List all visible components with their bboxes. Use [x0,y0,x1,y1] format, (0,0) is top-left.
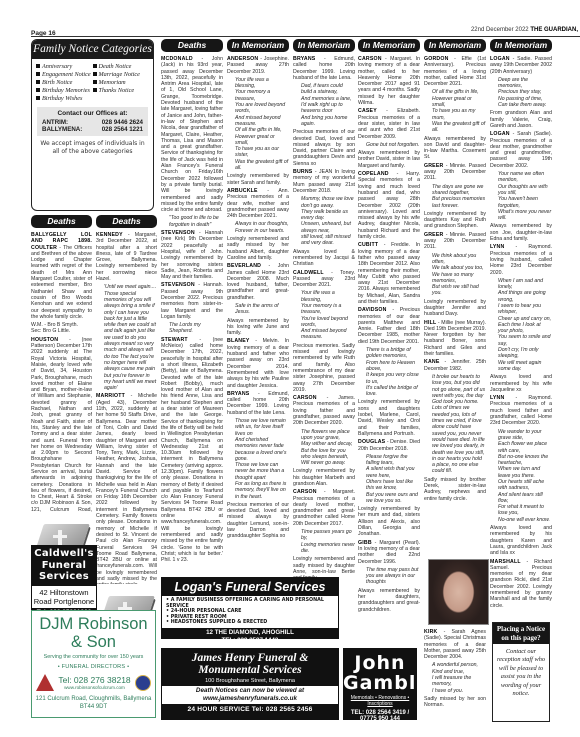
crest-logo-icon [135,675,151,691]
notice: MARRIOTT - Michelle (Aged 43), December … [96,393,157,584]
notice-remembered: Lovingly remembered and sadly missed by … [227,236,289,261]
notice: BURNS - JEAN In loving memory of my wond… [293,169,355,194]
category-birthday-memories: Birthday Memories [36,87,93,94]
family-notice-categories-box: Family Notice Categories Anniversary Dea… [31,39,154,211]
header-rule [31,36,580,37]
notice-verse: It broke our hearts to lose you, but you… [424,374,486,475]
category-memoriam: Memoriam [93,79,150,86]
notice-remembered: Lovingly remembered by daughters Kay and… [424,211,486,230]
category-birthday-wishes: Birthday Wishes [36,95,93,102]
notice-remembered: Always loved and remembered by his wife … [490,374,552,393]
notice-name: LOGAN [490,56,510,62]
notice-text: - Margaret, 3rd December 2022, at hospit… [96,232,157,282]
logan-services: • A FAMILY BUSINESS OFFERING A CARING AN… [162,596,338,628]
notice-remembered: Sadly missed by brother Derek, sister-in… [424,477,486,502]
notice: BEVERLAND - John James called Home 23rd … [227,263,289,301]
section-head-in-memoriam: In Memoriam [358,39,420,52]
john-gamble-ad: John Gamble Memorials • Renovations • In… [343,648,417,720]
notice-verse: Always in our thoughts, Forever in our h… [227,221,289,234]
notice-text: - (nee Patterson) December 17th 2022 sud… [31,337,92,512]
notice-name: STEVENSON [161,230,195,236]
categories-title: Family Notice Categories [32,40,153,59]
notice-text: - Hannah. Passed away 9th December 2022.… [161,282,223,319]
notice: DOUGLAS - Denise. Died 20th December 201… [358,439,420,452]
notice-name: CASEY [358,108,377,114]
notice: GREER - Minnie. Passed away 20th Decembe… [424,232,486,251]
djm-address: 121 Culcrum Road, Cloughmills, Ballymena… [32,695,155,711]
notice: CASEY - Elizabeth. Precious memories of … [358,108,420,139]
notice: HILL - Millie (nee Murray). Died 19th De… [424,320,486,358]
notice-text: - Millie (nee Murray). Died 19th Decembe… [424,320,486,357]
notice-verse: There is a bridge of golden memories, Fr… [358,347,420,397]
section-head-in-memoriam: In Memoriam [424,39,486,52]
notice: DAVIDSON - Precious memories of our dear… [358,307,420,345]
notice-remembered: Precious memories. Sadly missed and lovi… [293,343,355,393]
notice-name: GIBB [358,540,372,546]
notice-verse: 'Until we meet again.... Those special m… [96,284,157,391]
notice-signature: W.M. - Bro B Smyth. Sec: Bro G Little. [31,322,92,335]
caldwell-name: Caldwell's Funeral Services [32,546,96,586]
notice-name: KIRK [424,629,437,635]
notice: CUBITT - Freddie. In loving memory of a … [358,242,420,305]
category-death-notice: Death Notice [93,63,150,70]
gamble-name: John Gamble [343,648,417,693]
notice: HOUSTON - (nee Patterson) December 17th … [31,337,92,512]
notice-verse: We wander to your grave side, Each flowe… [490,429,552,523]
category-engagement-notice: Engagement Notice [36,71,93,78]
category-anniversary: Anniversary [36,63,93,70]
category-thanks-notice: Thanks Notice [93,87,150,94]
section-head-in-memoriam: In Memoriam [490,39,552,52]
djm-tel: Tel: 028 276 38218 [58,675,130,685]
section-head-deaths: Deaths [161,39,223,52]
notice-text: - Sarah (Sadie). Precious memories of a … [490,131,552,168]
notice: BALLYGELLY LOL AND RAPC 1898. COULTER - … [31,232,92,320]
notice-verse: When I am sad and lonely, And things are… [490,278,552,372]
notice-verse: A wonderful person, Kind and true, I wil… [424,662,486,693]
notice-remembered: Lovingly remembered by his daughter Marb… [293,468,355,487]
notice: MCDONALD - John (Jack) in his 93rd year,… [161,56,223,213]
notice-name: CARSON [358,56,382,62]
deaths-column-3: Deaths MCDONALD - John (Jack) in his 93r… [161,39,223,582]
logan-bullet: • A FAMILY BUSINESS OFFERING A CARING AN… [166,598,334,609]
memoriam-column-3: In Memoriam CARSON - Margaret. In loving… [358,39,420,652]
notice: LOGAN - Sadie. Passed away 19th December… [490,56,552,75]
notice-verse: The flowers we place upon your grave, Ma… [293,429,355,467]
notice-name: HOUSTON [31,337,58,343]
notice-name: BEVERLAND [227,263,261,269]
notice-verse: "Too good in life to be forgotten in dea… [161,215,223,228]
notice-text: - The Officers and Brethren of the above… [31,245,92,320]
notice-remembered: Lovingly remembered by sons and daughter… [358,399,420,437]
warning-triangle-logo-icon [36,674,54,691]
logan-bullet: • HEADSTONES SUPPLIED & ERECTED [166,620,334,626]
notice-verse: Dad, if tears could build a stairway, An… [293,83,355,127]
memoriam-column-1: In Memoriam ANDERSON - Josephine. Passed… [227,39,289,582]
notice-remembered: Always remembered by her daughters, gran… [358,588,420,613]
notice-name: DOUGLAS [358,439,385,445]
placing-notice-body: Contact our reception staff who will be … [493,644,549,702]
notice-verse: The days are gone we shared together, Bu… [424,184,486,209]
james-henry-name: James Henry Funeral & Monumental Service… [162,649,338,676]
notice-text: - Richard Samuel. Precious memories of m… [490,559,552,609]
office-phone: 028 9446 2624 [102,119,143,126]
notice-verse: We think about you often, We talk about … [424,253,486,297]
issue-date: 22nd December 2022 THE GUARDIAN, [471,27,578,33]
notice-name: ARBUCKLE [227,188,258,194]
notice-name: CALDWELL [293,270,324,276]
notice-text: - Harry. Special memories of a loving an… [358,171,420,240]
logan-name: Logan's Funeral Services [162,578,338,596]
notice-name: LYNN [490,244,504,250]
deaths-column-2: Deaths KENNEDY - Margaret, 3rd December … [96,215,157,636]
notice-text: - Melvin. In loving memory of a dear hus… [227,338,289,388]
notice-name: LYNN [490,395,504,401]
notice-verse: Your life was a blessing, Your memory a … [227,77,289,171]
logan-address: 12 THE DIAMOND, AHOGHILL [162,628,338,637]
notice: STEWART - (nee McNeice) called home Dece… [161,337,223,564]
notice-text: - John James called Home 23rd December 2… [227,263,289,300]
gamble-services: Memorials • Renovations • Inscriptions [343,695,417,707]
notice-text: - Margaret. Precious memories of a dearl… [293,489,355,526]
section-head-in-memoriam: In Memoriam [227,39,289,52]
notice: ANDERSON - Josephine. Passed away 27th D… [227,56,289,75]
notice-remembered: Lovingly remembered by sister Sarah and … [227,173,289,186]
notice-verse: The time may pass but you are always in … [358,567,420,586]
images-note: We accept images of individuals in all o… [32,136,153,160]
notice: LYNN - Raymond. Precious memories of a m… [490,395,552,426]
notice-verse: Deep are the memories, Precious they sta… [490,77,552,108]
notice-name: STEVENSON [161,282,195,288]
office-name: ANTRIM: [42,119,68,126]
notice-name: ANDERSON [227,56,258,62]
notice: CARSON - Margaret. In loving memory of a… [358,56,420,106]
notice-name: CARSON [293,489,317,495]
notice: LYNN - Raymond. Precious memories of a l… [490,244,552,275]
notice-text: - Hannah (nee Kirk) 9th December 2022 pe… [161,230,223,280]
notice-verse: The Lords my Shepherd. [161,322,223,335]
james-henry-ad: James Henry Funeral & Monumental Service… [161,648,339,720]
notice: GREER - Minnie. Passed away 20th Decembe… [424,163,486,182]
notice: LOGAN - Sarah (Sadie). Precious memories… [490,131,552,169]
section-head-in-memoriam: In Memoriam [293,39,355,52]
notice-verse: Safe in the arms of Jesus. [227,303,289,316]
notice: BRYANS - Edmund, called home 20th Decemb… [227,391,289,416]
logans-funeral-ad: Logan's Funeral Services • A FAMILY BUSI… [161,577,339,639]
djm-name: DJM Robinson & Son [32,615,155,651]
notice-remembered: Lovingly remembered by her mum and dad, … [358,506,420,537]
notice-verse: Those we love remain with us, for love i… [227,418,289,500]
notice-verse: Your life was a blessing, Your memory is… [293,290,355,340]
notice-text: - John (Jack) in his 93rd year, passed a… [161,56,223,213]
notice-remembered: Always remembered by brother David, sist… [358,150,420,169]
james-henry-tel: 24 HOUR SERVICE Tel: 028 2565 2456 [162,704,338,713]
categories-list: Anniversary Death Notice Engagement Noti… [32,59,153,104]
james-henry-address: 100 Broughshane Street, Ballymena [162,678,338,684]
notice: ARBUCKLE - Ann. Precious memories of a d… [227,188,289,219]
placing-notice-box: Placing a Notice on this page? Contact o… [492,622,550,722]
notice: KIRK - Sarah Agnes (Sadie). Special Chri… [424,629,486,660]
notice-name: MCDONALD [161,56,193,62]
memoriam-column-4: In Memoriam GORDON - Effie (1st Annivers… [424,39,486,566]
notice: CARSON - James. Precious memories of a l… [293,395,355,426]
office-phone: 028 2564 1221 [102,126,143,133]
notice-name: CARSON [293,395,317,401]
notice-name: MARSHALL [490,559,521,565]
notice-text: - Margaret. In loving memory of a dear m… [358,56,420,106]
notice-name: DAVIDSON [358,307,387,313]
memorial-photo [428,559,489,625]
djm-web: www.robinsonsofculcrum.com [58,685,130,690]
section-head-deaths: Deaths [31,215,92,228]
notice: COPELAND - Harry. Special memories of a … [358,171,420,240]
category-birth-notice: Birth Notice [36,79,93,86]
deaths-column-1: Deaths BALLYGELLY LOL AND RAPC 1898. COU… [31,215,92,564]
notice: CALDWELL - Toney. Passed away 23rd Decem… [293,270,355,289]
notice: MARSHALL - Richard Samuel. Precious memo… [490,559,552,609]
notice-remembered: Precious memories of our devoted Dad, lo… [227,502,289,540]
notice: GORDON - Effie (1st Anniversary). Precio… [424,56,486,87]
notice-name: CUBITT [358,242,378,248]
notice-remembered: Always remembered by his loving wife Jun… [227,318,289,337]
notice-text: - (nee McNeice) called home December 17t… [161,337,223,563]
logan-tel: TEL: 028 2587 1443 [162,636,338,645]
notice-remembered: Always loved and remembered by his daugh… [490,525,552,556]
paper-name: THE GUARDIAN, [530,27,578,33]
notice: STEVENSON - Hannah (nee Kirk) 9th Decemb… [161,230,223,280]
notice: STEVENSON - Hannah. Passed away 9th Dece… [161,282,223,320]
notice-remembered: Always remembered by son David and daugh… [424,136,486,161]
notice-remembered: Sadly missed by her son Norman. [424,696,486,709]
notice: BLANEY - Melvin. In loving memory of a d… [227,338,289,388]
notice-verse: Please forgive the falling tears, A sile… [358,454,420,504]
memoriam-column-2: In Memoriam BRYANS - Edmund, called home… [293,39,355,646]
notice-name: BURNS [293,169,312,175]
category-marriage-notice: Marriage Notice [93,71,150,78]
notice: KANE - Jennifer. 25th December 1982. [424,359,486,372]
office-ballymena: BALLYMENA:028 2564 1221 [42,126,143,133]
notice-remembered: Always loved & remembered by Jacqui & Ch… [293,249,355,268]
notice: CARSON - Margaret. Precious memories of … [293,489,355,527]
notice-name: KENNEDY [96,232,123,238]
notice-name: HILL [424,320,436,326]
notice-verse: Of all the gifts in life, However great … [424,89,486,133]
notice: BRYANS - Edmund, called home 20th Decemb… [293,56,355,81]
office-antrim: ANTRIM:028 9446 2624 [42,119,143,126]
notice-verse: Mummy, those we love don't go away. They… [293,196,355,246]
notice-verse: Time passes years go by, Loving memories… [293,529,355,554]
memoriam-column-5: In Memoriam LOGAN - Sadie. Passed away 1… [490,39,552,616]
notice-name: LOGAN [490,131,510,137]
james-henry-notice: Death Notices can now be viewed at www.j… [162,686,338,704]
section-head-deaths: Deaths [96,215,157,228]
djm-role: • FUNERAL DIRECTORS • [32,664,155,670]
caldwell-address: 42 Hiltonstown Road Portglenone [32,586,96,608]
contact-title: Contact our Offices at: [42,110,143,117]
notice: GIBB - Margaret (Pearl). In loving memor… [358,540,420,565]
notice-name: GORDON [424,56,449,62]
issue-date-text: 22nd December 2022 [471,27,529,33]
notice: KENNEDY - Margaret, 3rd December 2022, a… [96,232,157,282]
notice-name: GREER [424,232,443,238]
djm-tagline: Serving the community for over 150 years [32,654,155,660]
notice-text: - Michelle (Aged 43), December 11th, 202… [96,393,157,584]
notice-remembered: Always remembered by son Joe, daughter-i… [490,223,552,242]
notice-text: - Precious memories of our dear parents … [358,307,420,344]
notice-remembered: Lovingly remembered by daughter Jennifer… [424,299,486,318]
djm-robinson-ad: DJM Robinson & Son Serving the community… [31,610,156,718]
notice-name: KANE [424,359,440,365]
notice-name: BLANEY [227,338,250,344]
notice-remembered: Precious memories of our devoted Dad, lo… [293,129,355,167]
notice-name: BRYANS [227,391,249,397]
notice-name: GREER [424,163,443,169]
kirk-notice: KIRK - Sarah Agnes (Sadie). Special Chri… [424,629,486,719]
contact-offices: Contact our Offices at: ANTRIM:028 9446 … [37,107,148,136]
notice-remembered: From grandson Alan and family Valerie, C… [490,110,552,129]
placing-notice-title: Placing a Notice on this page? [493,623,549,644]
notice-name: STEWART [161,337,188,343]
gamble-tel: TEL: 028 2564 3419 / 07775 950 144 [343,710,417,720]
notice-verse: Your name we often mention, Our thoughts… [490,171,552,221]
notice-name: MARRIOTT [96,393,125,399]
notice-name: BRYANS [293,56,315,62]
notice-text: - Freddie. In loving memory of a dear fa… [358,242,420,305]
notice-name: COPELAND [358,171,389,177]
notice-verse: Gone but not forgotten. [358,142,420,148]
office-name: BALLYMENA: [42,126,82,133]
